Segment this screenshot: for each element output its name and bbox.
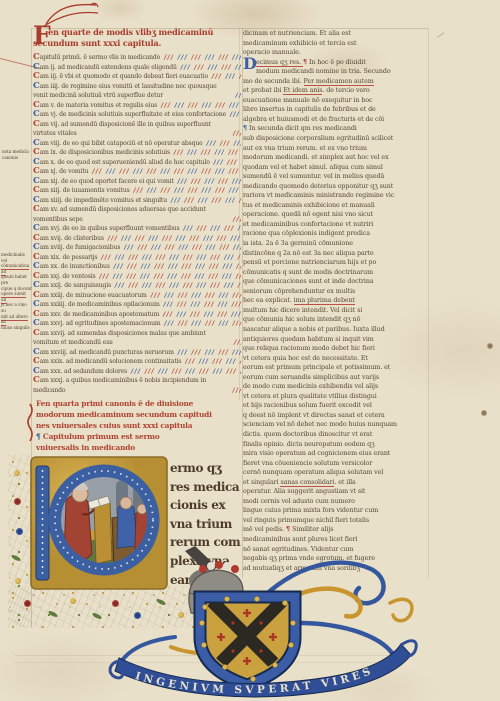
text-line: et probat ibi Et idem anis. de tercio ve… xyxy=(243,86,428,96)
initial-flourish xyxy=(42,0,100,26)
chapter-title: ad medicandū puncturas neruorum xyxy=(69,349,174,356)
text-line: operacio manuale. xyxy=(243,48,428,58)
chapter-initial: C xyxy=(33,147,40,157)
text-segment: et probat ibi xyxy=(243,87,283,94)
text-segment: aut ex vna trium rerum. et ex vno trium xyxy=(243,145,367,152)
text-segment: rariora vt medicaminis ministrando regim… xyxy=(243,192,394,199)
margin-note-line: mit ad altero sit xyxy=(1,315,32,326)
text-line: algebra et huiusmodi et de fracturis et … xyxy=(243,115,428,125)
line-filler: /// /// /// /// /// /// /// /// /// /// … xyxy=(104,234,241,244)
text-segment: Similiter alijs xyxy=(292,526,333,533)
text-line: tus et medicaminis exhibicione et manual… xyxy=(243,201,428,211)
text-segment: medicinalis vel xyxy=(1,253,25,264)
text-segment: vniuersalis in medicando xyxy=(36,443,135,452)
flower-ornament xyxy=(24,600,31,607)
chapter-number: am xxxj. xyxy=(40,377,66,384)
text-segment: In secunda dicit qm res medicandi xyxy=(249,125,357,132)
text-segment: huius singulis xyxy=(1,326,30,331)
chapter-title: de regimine eius vomitū et lassitudine n… xyxy=(33,83,217,100)
rubric-line: ¶ Capitulum primum est sermo xyxy=(36,431,242,442)
text-segment: mo de secunda ibi. xyxy=(243,78,304,85)
chapter-number: am xxvij. xyxy=(40,330,68,337)
chapter-title: de eo quod est superueniendū aliud de ho… xyxy=(57,159,209,166)
text-line: rariora vt medicaminis ministrando regim… xyxy=(243,191,428,201)
line-filler: /// /// /// /// /// /// /// /// /// /// … xyxy=(147,291,241,301)
text-line: mira visio operatum ad cognicionem eius … xyxy=(243,449,428,459)
chapter-number: am xxj. xyxy=(40,273,63,280)
text-line: distincōne q 2a nō est 3a nec aliqua par… xyxy=(243,249,428,259)
chapter-number: am xj. xyxy=(40,168,60,175)
text-segment: et singulari xyxy=(243,479,280,486)
text-line: et singulari sanas consolidari. et illa xyxy=(243,478,428,488)
margin-note-line: ipsum habet pre xyxy=(1,275,32,286)
text-segment: operatur. Alia suggerit angustiam vt sit xyxy=(243,488,365,495)
chapter-title: ē sermo vlis in medicando xyxy=(83,54,160,61)
chapter-title: de sanguissugis xyxy=(64,282,111,289)
text-line: dictis. quem doctoribus dinoscitur vt er… xyxy=(243,430,428,440)
text-segment: Per medicamen autem xyxy=(304,78,374,86)
shield xyxy=(199,596,295,685)
chapter-number: am xxvj. xyxy=(40,320,66,327)
text-segment: mē vel pedis. xyxy=(243,526,286,533)
text-line: vel ringuis primumque nichil fieri total… xyxy=(243,516,428,526)
chapter-initial: C xyxy=(33,185,40,195)
text-segment: ima plurima debent xyxy=(294,297,355,305)
chapter-title: de ventosis xyxy=(62,273,95,280)
chapter-item: Cam xxxj. a quibus medicaminibus ē nobis… xyxy=(33,376,241,395)
text-segment: sumendū ē vel sumuntur. vel in melius qu… xyxy=(243,173,384,180)
text-line: sub disposicione corporalium egritudinū … xyxy=(243,134,428,144)
text-segment: hec ea explicat. xyxy=(243,297,294,304)
text-segment: lingue cuius prima mixta fors videntur c… xyxy=(243,507,378,514)
text-line: que cōmunicaciones sunt et inde doctrina xyxy=(243,277,428,287)
text-line: lingue cuius prima mixta fors videntur c… xyxy=(243,506,428,516)
fen-quarta-rubric: Fen quarta primi canonis ē de diuisionem… xyxy=(36,398,242,453)
line-filler: /// /// /// /// /// /// /// /// /// /// … xyxy=(160,53,241,63)
chapter-initial: C xyxy=(33,233,40,243)
text-line: modum medicandi nomine in tria. Secundo xyxy=(243,67,428,77)
chapter-number: am xxviij. xyxy=(40,349,70,356)
text-segment: opere sumit ali xyxy=(1,292,26,304)
text-segment: medicaminum exhibicio et tercia est xyxy=(243,40,357,47)
text-segment: js hec a vino su xyxy=(1,303,27,314)
chapter-initial: C xyxy=(33,204,40,214)
text-segment: pensū et porcione nutrienciarum hijs et … xyxy=(243,259,376,266)
chapter-title: ad sedandum dolores xyxy=(64,368,127,375)
chapter-number: am viij. xyxy=(40,140,63,147)
margin-note-line: huius singulis xyxy=(1,326,32,332)
line-filler: /// /// /// /// /// /// /// /// /// /// … xyxy=(226,110,241,120)
text-segment: modorum medicaminum secundum capitudi xyxy=(36,410,212,419)
manuscript-page: F en quarte de modis vlibʒ medicaminū se… xyxy=(0,0,500,701)
fen-heading: en quarte de modis vlibʒ medicaminū secu… xyxy=(33,27,245,49)
chapter-title: ad medicandū solucionem continuitatis xyxy=(66,358,182,365)
line-filler: /// /// /// /// /// /// /// /// /// /// … xyxy=(208,72,241,82)
chapter-item: Cam x. de eo quod est superueniendū aliu… xyxy=(33,158,241,168)
chapter-item: Cam v. de materia vomitus et regulis eiu… xyxy=(33,101,241,111)
chapter-item: Cam xv. ad sumendū disposiciones aduersa… xyxy=(33,205,241,224)
text-segment: nota medicīa xyxy=(2,150,29,155)
chapter-initial: C xyxy=(33,242,40,252)
line-filler: /// /// /// /// /// /// /// /// /// /// … xyxy=(174,348,241,358)
chapter-title: de eo in quibus superfluunt vomentibus xyxy=(62,225,179,232)
heading-line-2: secundum sunt xxxi capitula. xyxy=(33,38,245,49)
line-filler: /// /// /// /// /// /// /// /// /// /// … xyxy=(181,357,241,367)
chapter-item: Cam xiiij. de impedimēto vomitus et sing… xyxy=(33,196,241,206)
chapter-item: Capitulū primū. ē sermo vlis in medicand… xyxy=(33,53,241,63)
wormhole xyxy=(482,411,486,415)
chapter-number: am xxiij. xyxy=(40,292,66,299)
chapter-initial: C xyxy=(33,299,40,309)
text-segment: sanas consolidari xyxy=(280,479,334,487)
line-filler: /// /// /// /// /// /// /// /// /// /// … xyxy=(177,63,241,73)
chapter-number: apitulū primū. xyxy=(40,54,84,61)
text-segment: racione qua cōplexionis indigent predica xyxy=(243,230,370,237)
chapter-initial: C xyxy=(33,119,40,129)
chapter-title: ad medicandū extendens quale eligendū xyxy=(58,64,177,71)
chapter-initial: C xyxy=(33,157,40,167)
chapter-item: Cam xx. de inunctionibus/// /// /// /// … xyxy=(33,262,241,272)
text-segment: vt cetera et plura qualitate vtilius dis… xyxy=(243,393,377,400)
line-filler: /// /// /// /// /// /// /// /// /// /// … xyxy=(170,148,241,158)
text-line: aut ex vna trium rerum. et ex vno trium xyxy=(243,144,428,154)
chapter-item: Cam xiij. de iuuamentis vomitus/// /// /… xyxy=(33,186,241,196)
chapter-item: Cam xij. de eo quod oportet facere ei qu… xyxy=(33,177,241,187)
text-segment: distincōne q 2a nō est 3a nec aliqua par… xyxy=(243,250,374,257)
chapter-item: Cam xxx. ad sedandum dolores/// /// /// … xyxy=(33,367,241,377)
text-line: ecimus qʒ res. ¶ In hoc ē po diuidit xyxy=(243,58,428,68)
chapter-title: de pessarijs xyxy=(62,254,97,261)
chapter-item: Cam vj. de medicinis solutiuis superflui… xyxy=(33,110,241,120)
wormhole xyxy=(488,344,492,348)
chapter-item: Cam xxvj. ad egritudines apostemacionum/… xyxy=(33,319,241,329)
text-segment: In hoc ē po diuidit xyxy=(309,59,366,66)
text-line: q deest nō implent vt directas sanat et … xyxy=(243,411,428,421)
text-segment: de modo cum medicinis exhibendis vel ali… xyxy=(243,383,378,390)
text-segment: nascatur alique a nobis et paribus. Iuxt… xyxy=(243,326,385,333)
text-segment: cōmunicatis q sunt de modis doctrinarum xyxy=(243,269,373,276)
margin-note-line: js hec a vino su xyxy=(1,303,32,314)
rubric-line: modorum medicaminum secundum capitudi xyxy=(36,409,242,420)
heading-line-1: en quarte de modis vlibʒ medicaminū xyxy=(33,27,245,38)
text-segment: libro insertus in capitulis de febribus … xyxy=(243,106,376,113)
text-line: scienciam vel nō debet nec modo huius nu… xyxy=(243,420,428,430)
rubric-line: nes vniuersales cuius sunt xxxi capitula xyxy=(36,420,242,431)
text-line: seniorum cōprehenduntur ex multis xyxy=(243,287,428,297)
line-filler: /// /// /// /// /// /// /// /// /// /// … xyxy=(229,129,241,139)
text-segment: que reliqua racionum modo debet hic fier… xyxy=(243,345,375,352)
text-line: que reliqua racionum modo debet hic fier… xyxy=(243,344,428,354)
flower-ornament xyxy=(14,498,21,505)
chapter-title: de disposicionibus medicinis solutiuis xyxy=(59,149,170,156)
chapter-initial: C xyxy=(33,347,40,357)
text-segment: tus et medicaminis exhibicione et manual… xyxy=(243,202,375,209)
text-segment: eorum est primum principale et potissimu… xyxy=(243,364,390,371)
text-segment: mira visio operatum ad cognicionem eius … xyxy=(243,450,390,457)
chapter-list: Capitulū primū. ē sermo vlis in medicand… xyxy=(33,53,241,399)
chapter-number: am v. xyxy=(40,102,57,109)
text-segment: dictis. quem doctoribus dinoscitur vt er… xyxy=(243,431,372,438)
text-segment: multum hic dicere intendit. Vel dicit si xyxy=(243,307,362,314)
text-line: mo de secunda ibi. Per medicamen autem xyxy=(243,77,428,87)
chapter-initial: C xyxy=(33,138,40,148)
text-segment: sub disposicione corporalium egritudinū … xyxy=(243,135,393,142)
text-line: medicando quomodo deterius opponitur qʒ … xyxy=(243,182,428,192)
text-segment: antiquiores quedam habitum si inquit vim xyxy=(243,336,374,343)
chapter-title: de medicaminibus apostematum xyxy=(63,311,159,318)
chapter-title: de clisteribus xyxy=(64,235,104,242)
text-line: de modo cum medicinis exhibendis vel ali… xyxy=(243,382,428,392)
line-filler: /// /// /// /// /// /// /// /// /// /// … xyxy=(230,338,241,348)
right-text-column: D dicinam et nutrienciam. Et alia estmed… xyxy=(243,29,428,573)
text-segment: Capitulum primum est sermo xyxy=(43,432,160,441)
text-line: hec ea explicat. ima plurima debent xyxy=(243,296,428,306)
text-line: cōmunicatis q sunt de modis doctrinarum xyxy=(243,268,428,278)
line-filler: /// /// /// /// /// /// /// /// /// /// … xyxy=(159,310,241,320)
line-filler: /// /// /// /// /// /// /// /// /// /// … xyxy=(96,272,241,282)
chapter-number: am xxix. xyxy=(40,358,66,365)
line-filler: /// /// /// /// /// /// /// /// /// /// … xyxy=(157,101,241,111)
text-segment: vt cetera quia hoc est de necessitate. E… xyxy=(243,355,368,362)
text-line: medicaminum exhibicio et tercia est xyxy=(243,39,428,49)
line-filler: /// /// /// /// /// /// /// /// /// /// … xyxy=(229,215,241,225)
text-segment: medicaminibus sunt plures licet fieri xyxy=(243,536,357,543)
chapter-number: am xvj. xyxy=(40,225,63,232)
chapter-number: am x. xyxy=(40,159,58,166)
chapter-item: Cam xxviij. ad medicandū puncturas neruo… xyxy=(33,348,241,358)
line-filler: /// /// /// /// /// /// /// /// /// /// … xyxy=(160,319,241,329)
line-filler: /// /// /// /// /// /// /// /// /// /// … xyxy=(179,224,241,234)
chapter-item: Cam iiij. de regimine eius vomitū et las… xyxy=(33,82,241,101)
chapter-number: am xxiiij. xyxy=(40,301,68,308)
chapter-number: am vij. xyxy=(40,121,61,128)
text-line: cernō nunquam operatum aliqua solutam ve… xyxy=(243,468,428,478)
chapter-item: Cam iij. ē vbi et quomodo et quando debe… xyxy=(33,72,241,82)
chapter-number: am iiij. xyxy=(40,83,62,90)
chapter-initial: C xyxy=(33,176,40,186)
chapter-number: am xx. xyxy=(40,263,61,270)
margin-note-line: cōmunicatiua ad xyxy=(1,264,32,275)
line-filler: /// /// /// /// /// /// /// /// /// /// … xyxy=(174,177,241,187)
text-segment: cōmunicatiua ad xyxy=(1,264,29,276)
text-segment: euacuatione manuale nō exequitur in hoc xyxy=(243,97,372,104)
chapter-initial: C xyxy=(33,261,40,271)
margin-note-line: medicinalis vel xyxy=(1,253,32,264)
chapter-number: am xix. xyxy=(40,254,63,261)
margin-note-line: canonis xyxy=(2,156,32,162)
ruling-col2-right xyxy=(428,28,429,578)
text-segment: modorum medicandi. et simplex aut hoc ve… xyxy=(243,154,389,161)
text-line: eorum cum seruandis simplicibus aut vari… xyxy=(243,373,428,383)
text-line: vt cetera quia hoc est de necessitate. E… xyxy=(243,354,428,364)
line-filler: /// /// /// /// /// /// /// /// /// /// … xyxy=(210,158,241,168)
line-filler: /// /// /// /// /// /// /// /// /// /// … xyxy=(203,139,241,149)
text-segment: modi cernis vel adusto cum numero xyxy=(243,498,355,505)
margin-note-line: opere sumit ali xyxy=(1,292,32,303)
chapter-item: Cam ij. ad medicandū extendens quale eli… xyxy=(33,63,241,73)
chapter-item: Cam xj. de vomitu/// /// /// /// /// ///… xyxy=(33,167,241,177)
chapter-item: Cam ix. de disposicionibus medicinis sol… xyxy=(33,148,241,158)
text-segment: Fen quarta primi canonis ē de diuisione xyxy=(36,399,193,408)
rubric-paraph-mark xyxy=(25,402,35,444)
chapter-number: am xiiij. xyxy=(40,197,65,204)
line-filler: /// /// /// /// /// /// /// /// /// /// … xyxy=(111,281,241,291)
chapter-initial: C xyxy=(33,290,40,300)
chapter-item: Cam xvij. de clisteribus/// /// /// /// … xyxy=(33,234,241,244)
text-segment: et hijs racionibus solum fuerit excedit … xyxy=(243,402,372,409)
rubric-line: Fen quarta primi canonis ē de diuisione xyxy=(36,398,242,409)
chapter-item: Cam xxv. de medicaminibus apostematum///… xyxy=(33,310,241,320)
chapter-number: am vj. xyxy=(40,111,60,118)
text-line: libro insertus in capitulis de febribus … xyxy=(243,105,428,115)
line-filler: /// /// /// /// /// /// /// /// /// /// … xyxy=(160,300,241,310)
chapter-title: de impedimēto vomitus et singultu xyxy=(65,197,167,204)
chapter-item: Cam viij. de eo qui bibit catapociū et n… xyxy=(33,139,241,149)
chapter-title: de fumigacionibus xyxy=(66,244,120,251)
text-line: modorum medicandi. et simplex aut hoc ve… xyxy=(243,153,428,163)
chapter-initial: C xyxy=(33,71,40,81)
text-line: finalis opinio. dicta neuropatum eodem q… xyxy=(243,440,428,450)
text-line: operatur. Alia suggerit angustiam vt sit xyxy=(243,487,428,497)
chapter-number: am xviij. xyxy=(40,244,66,251)
chapter-number: am xv. xyxy=(40,206,60,213)
text-segment: que cōmunicaciones sunt et inde doctrina xyxy=(243,278,374,285)
chapter-initial: C xyxy=(33,62,40,72)
text-line: modi cernis vel adusto cum numero xyxy=(243,497,428,507)
line-filler: /// /// /// /// /// /// /// /// /// /// … xyxy=(88,167,241,177)
text-line: euacuatione manuale nō exequitur in hoc xyxy=(243,96,428,106)
line-filler: /// /// /// /// /// /// /// /// /// /// … xyxy=(167,196,241,206)
chapter-title: de vomitu xyxy=(59,168,88,175)
chapter-title: de inunctionibus xyxy=(61,263,110,270)
text-segment: q deest nō implent vt directas sanat et … xyxy=(243,412,385,419)
chapter-number: am xxv. xyxy=(40,311,64,318)
text-segment: algebra et huiusmodi et de fracturis et … xyxy=(243,116,384,123)
chapter-item: Cam xviij. de fumigacionibus/// /// /// … xyxy=(33,243,241,253)
chapter-item: Cam xxij. de sanguissugis/// /// /// ///… xyxy=(33,281,241,291)
line-filler: /// /// /// /// /// /// /// /// /// /// … xyxy=(127,367,241,377)
blue-initial-d: D xyxy=(243,56,257,72)
text-line: quodam vel et habet simul. aliqua cum si… xyxy=(243,163,428,173)
text-segment: dicinam et nutrienciam. Et alia est xyxy=(243,30,351,37)
line-filler: /// /// /// /// /// /// /// /// /// /// … xyxy=(110,262,241,272)
text-segment: ipsum habet pre xyxy=(1,275,27,286)
line-filler: /// /// /// /// /// /// /// /// /// /// … xyxy=(232,91,241,101)
incipit-line: vna trium xyxy=(170,515,242,534)
text-line: medicaminibus sunt plures licet fieri xyxy=(243,535,428,545)
line-filler: /// /// /// /// /// /// /// /// /// /// … xyxy=(120,243,241,253)
chapter-initial: C xyxy=(33,280,40,290)
chapter-item: Cam xxj. de ventosis/// /// /// /// /// … xyxy=(33,272,241,282)
chapter-item: Cam xxix. ad medicandū solucionem contin… xyxy=(33,357,241,367)
chapter-number: am xij. xyxy=(40,178,61,185)
text-line: fieret vna cōueniencie solutum versicolo… xyxy=(243,459,428,469)
text-segment: vel ringuis primumque nichil fieri total… xyxy=(243,517,369,524)
chapter-title: de eo qui bibit catapociū et nō operatur… xyxy=(63,140,203,147)
text-line: multum hic dicere intendit. Vel dicit si xyxy=(243,306,428,316)
incipit-line: cionis ex xyxy=(170,496,242,515)
flower-ornament xyxy=(14,470,20,476)
text-segment: seniorum cōprehenduntur ex multis xyxy=(243,288,355,295)
text-line: pensū et porcione nutrienciarum hijs et … xyxy=(243,258,428,268)
text-line: antiquiores quedam habitum si inquit vim xyxy=(243,335,428,345)
chapter-item: Cam vij. ad sumendū disposicionē ille in… xyxy=(33,120,241,139)
chapter-title: de medicinis solutiuis superfluitate et … xyxy=(59,111,226,118)
chapter-initial: C xyxy=(33,109,40,119)
text-line: nascatur alique a nobis et paribus. Iuxt… xyxy=(243,325,428,335)
text-segment: scienciam vel nō debet nec modo huius nu… xyxy=(243,421,397,428)
chapter-number: am iij. xyxy=(40,73,60,80)
chapter-initial: C xyxy=(33,252,40,262)
chapter-title: de iuuamentis vomitus xyxy=(63,187,130,194)
chapter-title: de minucione euacuatorum xyxy=(66,292,147,299)
chapter-initial: C xyxy=(33,223,40,233)
text-line: vt cetera et plura qualitate vtilius dis… xyxy=(243,392,428,402)
chapter-item: Cam xxiiij. de medicaminibus opilacionum… xyxy=(33,300,241,310)
text-segment: finalis opinio. dicta neuropatum eodem q… xyxy=(243,441,375,448)
chapter-number: am xvij. xyxy=(40,235,65,242)
text-line: mē vel pedis. ¶ Similiter alijs xyxy=(243,525,428,535)
chapter-item: Cam xvj. de eo in quibus superfluunt vom… xyxy=(33,224,241,234)
chapter-initial: C xyxy=(33,328,40,338)
text-segment: modum medicandi nomine in tria. Secundo xyxy=(256,68,391,75)
chapter-number: am xxij. xyxy=(40,282,65,289)
chapter-title: de materia vomitus et regulis eius xyxy=(57,102,157,109)
flower-ornament xyxy=(70,598,76,604)
text-segment: canonis xyxy=(2,156,18,161)
chapter-initial: C xyxy=(33,271,40,281)
text-line: ia ista. 2a ē 3a germinū cōmunione xyxy=(243,239,428,249)
text-segment: fieret vna cōueniencie solutum versicolo… xyxy=(243,460,372,467)
line-filler: /// /// /// /// /// /// /// /// /// /// … xyxy=(97,253,241,263)
text-segment: que cōmunia hic solum intendit qʒ nō xyxy=(243,316,360,323)
line-filler: /// /// /// /// /// /// /// /// /// /// … xyxy=(229,386,241,396)
chapter-initial: C xyxy=(33,100,40,110)
flower-ornament xyxy=(15,578,21,584)
text-segment: mit ad altero sit xyxy=(1,315,28,327)
text-line: et hijs racionibus solum fuerit excedit … xyxy=(243,401,428,411)
incipit-line: res medica xyxy=(170,478,242,497)
chapter-initial: C xyxy=(33,375,40,385)
chapter-initial: C xyxy=(33,166,40,176)
text-line: sumendū ē vel sumuntur. vel in melius qu… xyxy=(243,172,428,182)
faint-folio-mark xyxy=(437,32,449,44)
chapter-number: am ix. xyxy=(40,149,60,156)
chapter-title: ad egritudines apostemacionum xyxy=(66,320,161,327)
chapter-number: am xiij. xyxy=(40,187,63,194)
chapter-title: de medicaminibus opilacionum xyxy=(68,301,160,308)
text-segment: cernō nunquam operatum aliqua solutam ve… xyxy=(243,469,383,476)
chapter-item: Cam xix. de pessarijs/// /// /// /// ///… xyxy=(33,253,241,263)
chapter-initial: C xyxy=(33,195,40,205)
text-segment: ¶ xyxy=(36,432,43,441)
chapter-initial: C xyxy=(33,81,40,91)
chapter-number: am xxx. xyxy=(40,368,64,375)
text-line: ¶ In secunda dicit qm res medicandi xyxy=(243,124,428,134)
text-segment: operacione. quedā nō egent nisi vno sicu… xyxy=(243,211,373,218)
chapter-item: Cam xxvij. ad sumendas disposiciones mal… xyxy=(33,329,241,348)
text-line: que cōmunia hic solum intendit qʒ nō xyxy=(243,315,428,325)
text-segment: . de tercio vero xyxy=(322,87,369,94)
text-segment: eorum cum seruandis simplicibus aut vari… xyxy=(243,374,379,381)
text-line: racione qua cōplexionis indigent predica xyxy=(243,229,428,239)
chapter-item: Cam xxiij. de minucione euacuatorum/// /… xyxy=(33,291,241,301)
line-filler: /// /// /// /// /// /// /// /// /// /// … xyxy=(130,186,241,196)
text-line: dicinam et nutrienciam. Et alia est xyxy=(243,29,428,39)
flower-ornament xyxy=(16,528,23,535)
chapter-title: ē vbi et quomodo et quando debeat fieri … xyxy=(59,73,208,80)
margin-note-1: nota medicīacanonis xyxy=(2,150,32,161)
